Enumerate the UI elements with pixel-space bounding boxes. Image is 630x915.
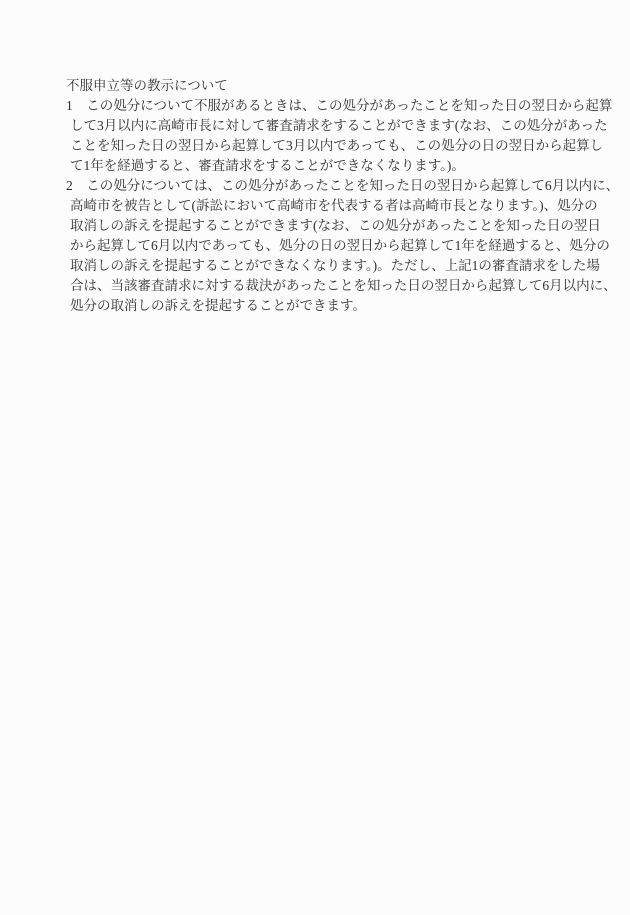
document-title: 不服申立等の教示について [66,76,576,96]
item2-line-2: 高崎市を被告として(訴訟において高崎市を代表する者は高崎市長となります。)、処分… [70,196,576,216]
item1-line-2: して3月以内に高崎市長に対して審査請求をすることができます(なお、この処分があっ… [70,116,576,136]
item2-line-1: 2 この処分については、この処分があったことを知った日の翌日から起算して6月以内… [66,176,576,196]
document-page: 不服申立等の教示について 1 この処分について不服があるときは、この処分があった… [0,0,630,915]
item1-line-3: ことを知った日の翌日から起算して3月以内であっても、この処分の日の翌日から起算し [70,136,576,156]
item2-line-6: 合は、当該審査請求に対する裁決があったことを知った日の翌日から起算して6月以内に… [70,276,576,296]
item1-line-4: て1年を経過すると、審査請求をすることができなくなります。)。 [70,156,576,176]
item2-line-3: 取消しの訴えを提起することができます(なお、この処分があったことを知った日の翌日 [70,216,576,236]
item2-line-4: から起算して6月以内であっても、処分の日の翌日から起算して1年を経過すると、処分… [70,236,576,256]
document-text-block: 不服申立等の教示について 1 この処分について不服があるときは、この処分があった… [66,76,576,316]
item1-line-1: 1 この処分について不服があるときは、この処分があったことを知った日の翌日から起… [66,96,576,116]
item2-line-5: 取消しの訴えを提起することができなくなります。)。ただし、上記1の審査請求をした… [70,256,576,276]
item2-line-7: 処分の取消しの訴えを提起することができます。 [70,296,576,316]
